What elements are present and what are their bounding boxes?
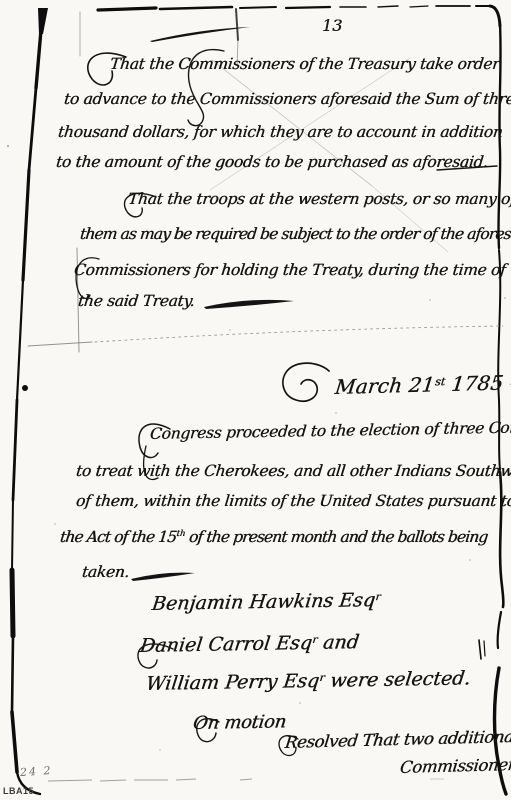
p3-line-5: taken. [81, 563, 130, 581]
date-spiral-flourish [283, 363, 329, 401]
name-daniel-carrol: Daniel Carrol Esqr and [139, 631, 361, 657]
rule-after-taken [131, 573, 195, 581]
p2-line-1: That the troops at the western posts, or… [127, 190, 511, 208]
p2-line-3: Commissioners for holding the Treaty, du… [73, 261, 506, 279]
heading-swash [150, 27, 250, 42]
rule-after-paragraph2 [204, 300, 294, 309]
bottom-dashes [48, 779, 444, 781]
p1-line-4: to the amount of the goods to be purchas… [55, 153, 489, 171]
archive-code-label: LBA15 [3, 786, 34, 796]
date-post: 1785 — [444, 370, 511, 396]
date-heading: March 21st 1785 — [334, 370, 511, 399]
p3-line-3: of them, within the limits of the United… [75, 492, 511, 510]
p3-line-4: the Act of the 15th of the present month… [59, 528, 488, 546]
name-benjamin-hawkins: Benjamin Hawkins Esqr [151, 589, 382, 615]
p3-line-4-post: of the present month and the ballots bei… [184, 528, 488, 546]
motion-line-2: Resolved That two additional [284, 727, 511, 752]
page-number: 13 [322, 16, 342, 35]
p1-line-2: to advance to the Commissioners aforesai… [63, 90, 511, 108]
date-pre: March 21 [334, 372, 437, 399]
p2-line-4: the said Treaty. [77, 292, 195, 310]
left-border-top-wedge [38, 8, 48, 34]
manuscript-page: 13 That the Commissioners of the Treasur… [0, 0, 511, 800]
name-william-perry: William Perry Esqr were selected. [145, 667, 472, 695]
pencil-corner-mark: 24 2 [20, 764, 53, 779]
p3-line-1: Congress proceeded to the election of th… [149, 417, 511, 443]
top-border [98, 8, 156, 10]
left-border [36, 30, 41, 88]
motion-line-3: Commissioners [399, 755, 511, 777]
p3-line-2: to treat with the Cherokees, and all oth… [75, 462, 511, 480]
motion-line-1: On motion [192, 711, 288, 734]
p2-line-2: them as may be required be subject to th… [79, 225, 511, 243]
p3-line-4-pre: the Act of the 15 [59, 528, 177, 546]
p1-line-1: That the Commissioners of the Treasury t… [109, 55, 500, 73]
p1-line-3: thousand dollars, for which they are to … [57, 123, 503, 141]
